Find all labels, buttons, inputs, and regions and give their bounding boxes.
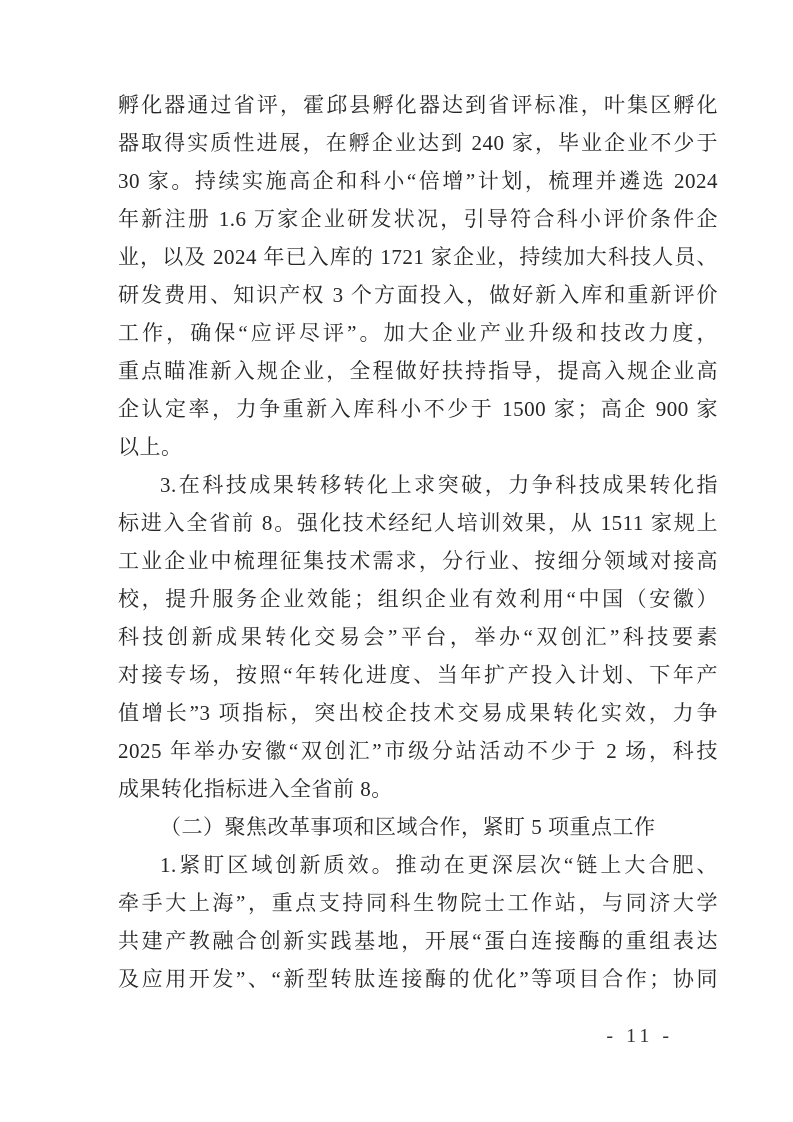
text-line: 对接专场，按照“年转化进度、当年扩产投入计划、下年产 [118, 656, 718, 694]
text-line: 年新注册 1.6 万家企业研发状况，引导符合科小评价条件企 [118, 200, 718, 238]
text-line: 3.在科技成果转移转化上求突破，力争科技成果转化指 [118, 466, 718, 504]
page-number: - 11 - [606, 1024, 673, 1048]
body-text: 孵化器通过省评，霍邱县孵化器达到省评标准，叶集区孵化器取得实质性进展，在孵企业达… [118, 86, 718, 998]
text-line: 以上。 [118, 428, 718, 466]
text-line: 重点瞄准新入规企业，全程做好扶持指导，提高入规企业高 [118, 352, 718, 390]
text-line: 孵化器通过省评，霍邱县孵化器达到省评标准，叶集区孵化 [118, 86, 718, 124]
text-line: 校，提升服务企业效能；组织企业有效利用“中国（安徽） [118, 580, 718, 618]
text-line: 牵手大上海”，重点支持同科生物院士工作站，与同济大学 [118, 884, 718, 922]
text-line: 2025 年举办安徽“双创汇”市级分站活动不少于 2 场，科技 [118, 732, 718, 770]
text-line: 企认定率，力争重新入库科小不少于 1500 家；高企 900 家 [118, 390, 718, 428]
text-line: 器取得实质性进展，在孵企业达到 240 家，毕业企业不少于 [118, 124, 718, 162]
text-line: 值增长”3 项指标，突出校企技术交易成果转化实效，力争 [118, 694, 718, 732]
text-line: 工业企业中梳理征集技术需求，分行业、按细分领域对接高 [118, 542, 718, 580]
text-line: 1.紧盯区域创新质效。推动在更深层次“链上大合肥、 [118, 846, 718, 884]
text-line: 研发费用、知识产权 3 个方面投入，做好新入库和重新评价 [118, 276, 718, 314]
text-line: 及应用开发”、“新型转肽连接酶的优化”等项目合作；协同 [118, 960, 718, 998]
text-line: 30 家。持续实施高企和科小“倍增”计划，梳理并遴选 2024 [118, 162, 718, 200]
text-line: 科技创新成果转化交易会”平台，举办“双创汇”科技要素 [118, 618, 718, 656]
text-line: 业，以及 2024 年已入库的 1721 家企业，持续加大科技人员、 [118, 238, 718, 276]
text-line: 共建产教融合创新实践基地，开展“蛋白连接酶的重组表达 [118, 922, 718, 960]
text-line: 成果转化指标进入全省前 8。 [118, 770, 718, 808]
text-line: （二）聚焦改革事项和区域合作，紧盯 5 项重点工作 [118, 808, 718, 846]
text-line: 标进入全省前 8。强化技术经纪人培训效果，从 1511 家规上 [118, 504, 718, 542]
document-page: 孵化器通过省评，霍邱县孵化器达到省评标准，叶集区孵化器取得实质性进展，在孵企业达… [0, 0, 793, 1122]
text-line: 工作，确保“应评尽评”。加大企业产业升级和技改力度， [118, 314, 718, 352]
